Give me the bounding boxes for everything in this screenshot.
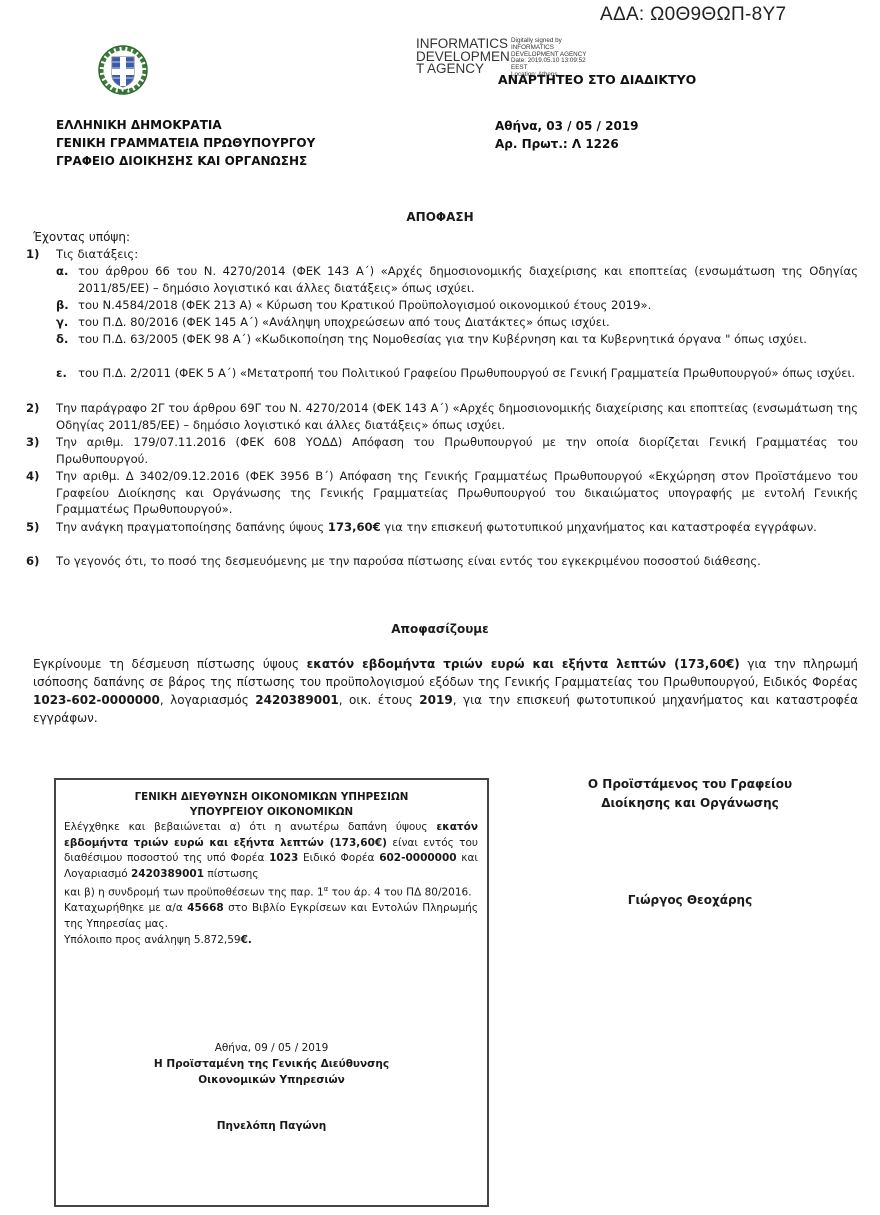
account-code: 2420389001 [131,868,204,880]
signature-line: Date: 2019.05.10 13:09:52 [511,58,621,65]
fiscal-year: 2019 [419,693,452,707]
subitem-letter: ε. [56,365,67,382]
text-part: και β) η συνδρομή των προϋποθέσεων της π… [64,887,324,899]
special-body-code: 1023-602-0000000 [33,693,160,707]
finance-box-header: ΓΕΝΙΚΗ ΔΙΕΥΘΥΝΣΗ ΟΙΚΟΝΟΜΙΚΩΝ ΥΠΗΡΕΣΙΩΝ Υ… [56,790,487,820]
list-subitem: δ. του Π.Δ. 63/2005 (ΦΕΚ 98 Α΄) «Κωδικοπ… [56,331,858,348]
finance-date: Αθήνα, 09 / 05 / 2019 [56,1040,487,1056]
item-number: 4) [26,468,39,485]
signing-agency: INFORMATICS DEVELOPMEN T AGENCY [416,38,516,76]
item-number: 3) [26,434,39,451]
list-subitem: γ. του Π.Δ. 80/2016 (ΦΕΚ 145 Α΄) «Ανάληψ… [56,314,858,331]
ada-code: ΑΔΑ: Ω0Θ9ΘΩΠ-8Υ7 [600,4,786,26]
director-title: Ο Προϊστάμενος του Γραφείου Διοίκησης κα… [560,775,820,813]
item-text: Το γεγονός ότι, το ποσό της δεσμευόμενης… [56,553,858,570]
signer-title-line: Οικονομικών Υπηρεσιών [56,1072,487,1088]
finance-verification-box: ΓΕΝΙΚΗ ΔΙΕΥΘΥΝΣΗ ΟΙΚΟΝΟΜΙΚΩΝ ΥΠΗΡΕΣΙΩΝ Υ… [54,778,489,1207]
subitem-text: του Π.Δ. 63/2005 (ΦΕΚ 98 Α΄) «Κωδικοποίη… [78,331,858,348]
considering-label: Έχοντας υπόψη: [33,230,130,244]
decision-title: Αποφασίζουμε [0,622,880,636]
verification-paragraph: Ελέγχθηκε και βεβαιώνεται α) ότι η ανωτέ… [64,820,478,882]
item-text: Την αριθμ. Δ 3402/09.12.2016 (ΦΕΚ 3956 Β… [56,468,858,518]
registration-paragraph: Καταχωρήθηκε με α/α 45668 στο Βιβλίο Εγκ… [64,901,478,932]
balance-amount: Υπόλοιπο προς ανάληψη 5.872,59 [64,934,241,946]
expense-amount: 173,60€ [328,520,381,534]
post-online-notice: ΑΝΑΡΤΗΤΕΟ ΣΤΟ ΔΙΑΔΙΚΤΥΟ [498,72,696,87]
subitem-letter: α. [56,263,68,280]
item-text: Τις διατάξεις: [56,246,858,263]
director-name: Γιώργος Θεοχάρης [560,893,820,907]
issuer-line: ΓΕΝΙΚΗ ΓΡΑΜΜΑΤΕΙΑ ΠΡΩΘΥΠΟΥΡΓΟΥ [56,134,315,152]
item-number: 2) [26,400,39,417]
subitem-letter: β. [56,297,69,314]
text-part: Ειδικό Φορέα [298,852,379,864]
list-item: 3) Την αριθμ. 179/07.11.2016 (ΦΕΚ 608 ΥΟ… [26,434,858,467]
decision-paragraph: Εγκρίνουμε τη δέσμευση πίστωσης ύψους εκ… [33,655,858,727]
item-number: 5) [26,519,39,536]
director-title-line: Διοίκησης και Οργάνωσης [560,794,820,813]
document-title: ΑΠΟΦΑΣΗ [0,210,880,224]
item-text: Την αριθμ. 179/07.11.2016 (ΦΕΚ 608 ΥΟΔΔ)… [56,434,858,467]
balance-line: Υπόλοιπο προς ανάληψη 5.872,59€. [64,933,478,949]
conditions-paragraph: και β) η συνδρομή των προϋποθέσεων της π… [64,882,478,901]
subitem-text: του άρθρου 66 του Ν. 4270/2014 (ΦΕΚ 143 … [78,263,858,296]
text-part: του άρ. 4 του ΠΔ 80/2016. [328,887,471,899]
finance-header-line: ΓΕΝΙΚΗ ΔΙΕΥΘΥΝΣΗ ΟΙΚΟΝΟΜΙΚΩΝ ΥΠΗΡΕΣΙΩΝ [56,790,487,805]
subitem-letter: γ. [56,314,68,331]
decision-text: , οικ. έτους [339,693,420,707]
issuer-line: ΓΡΑΦΕΙΟ ΔΙΟΙΚΗΣΗΣ ΚΑΙ ΟΡΓΑΝΩΣΗΣ [56,152,315,170]
list-item: 2) Την παράγραφο 2Γ του άρθρου 69Γ του Ν… [26,400,858,433]
signer-title-line: Η Προϊσταμένη της Γενικής Διεύθυνσης [56,1056,487,1072]
subitem-letter: δ. [56,331,68,348]
list-subitem: β. του Ν.4584/2018 (ΦΕΚ 213 Α) « Κύρωση … [56,297,858,314]
amount-words: εκατόν εβδομήντα τριών ευρώ και εξήντα λ… [307,657,740,671]
finance-header-line: ΥΠΟΥΡΓΕΙΟΥ ΟΙΚΟΝΟΜΙΚΩΝ [56,805,487,820]
decision-text: , λογαριασμός [160,693,255,707]
document-date: Αθήνα, 03 / 05 / 2019 [495,117,639,135]
text-part: Ελέγχθηκε και βεβαιώνεται α) ότι η ανωτέ… [64,821,436,833]
finance-signature: Αθήνα, 09 / 05 / 2019 Η Προϊσταμένη της … [56,1040,487,1134]
issuer-block: ΕΛΛΗΝΙΚΗ ΔΗΜΟΚΡΑΤΙΑ ΓΕΝΙΚΗ ΓΡΑΜΜΑΤΕΙΑ ΠΡ… [56,116,315,170]
list-subitem: α. του άρθρου 66 του Ν. 4270/2014 (ΦΕΚ 1… [56,263,858,296]
item-text-part: Την ανάγκη πραγματοποίησης δαπάνης ύψους [56,520,328,534]
special-body-code: 602-0000000 [379,852,456,864]
signer-name: Πηνελόπη Παγώνη [56,1118,487,1134]
issuer-line: ΕΛΛΗΝΙΚΗ ΔΗΜΟΚΡΑΤΙΑ [56,116,315,134]
list-item: 6) Το γεγονός ότι, το ποσό της δεσμευόμε… [26,553,858,570]
director-title-line: Ο Προϊστάμενος του Γραφείου [560,775,820,794]
finance-box-text: Ελέγχθηκε και βεβαιώνεται α) ότι η ανωτέ… [56,820,487,948]
date-protocol-block: Αθήνα, 03 / 05 / 2019 Αρ. Πρωτ.: Λ 1226 [495,117,639,153]
list-item: 1) Τις διατάξεις: [26,246,858,263]
decision-text: Εγκρίνουμε τη δέσμευση πίστωσης ύψους [33,657,307,671]
list-item: 5) Την ανάγκη πραγματοποίησης δαπάνης ύψ… [26,519,858,536]
entry-number: 45668 [187,902,224,914]
body-code: 1023 [269,852,298,864]
account-code: 2420389001 [255,693,339,707]
protocol-number: Αρ. Πρωτ.: Λ 1226 [495,135,639,153]
item-text: Την ανάγκη πραγματοποίησης δαπάνης ύψους… [56,519,858,536]
list-subitem: ε. του Π.Δ. 2/2011 (ΦΕΚ 5 Α΄) «Μετατροπή… [56,365,858,382]
subitem-text: του Π.Δ. 80/2016 (ΦΕΚ 145 Α΄) «Ανάληψη υ… [78,314,858,331]
text-part: πίστωσης [204,868,258,880]
list-item: 4) Την αριθμ. Δ 3402/09.12.2016 (ΦΕΚ 395… [26,468,858,518]
currency-symbol: €. [241,934,252,946]
subitem-text: του Π.Δ. 2/2011 (ΦΕΚ 5 Α΄) «Μετατροπή το… [78,365,858,382]
item-number: 6) [26,553,39,570]
text-part: Καταχωρήθηκε με α/α [64,902,187,914]
item-number: 1) [26,246,39,263]
greek-coat-of-arms-icon [96,43,150,97]
item-text-part: για την επισκευή φωτοτυπικού μηχανήματος… [381,520,817,534]
item-text: Την παράγραφο 2Γ του άρθρου 69Γ του Ν. 4… [56,400,858,433]
subitem-text: του Ν.4584/2018 (ΦΕΚ 213 Α) « Κύρωση του… [78,297,858,314]
